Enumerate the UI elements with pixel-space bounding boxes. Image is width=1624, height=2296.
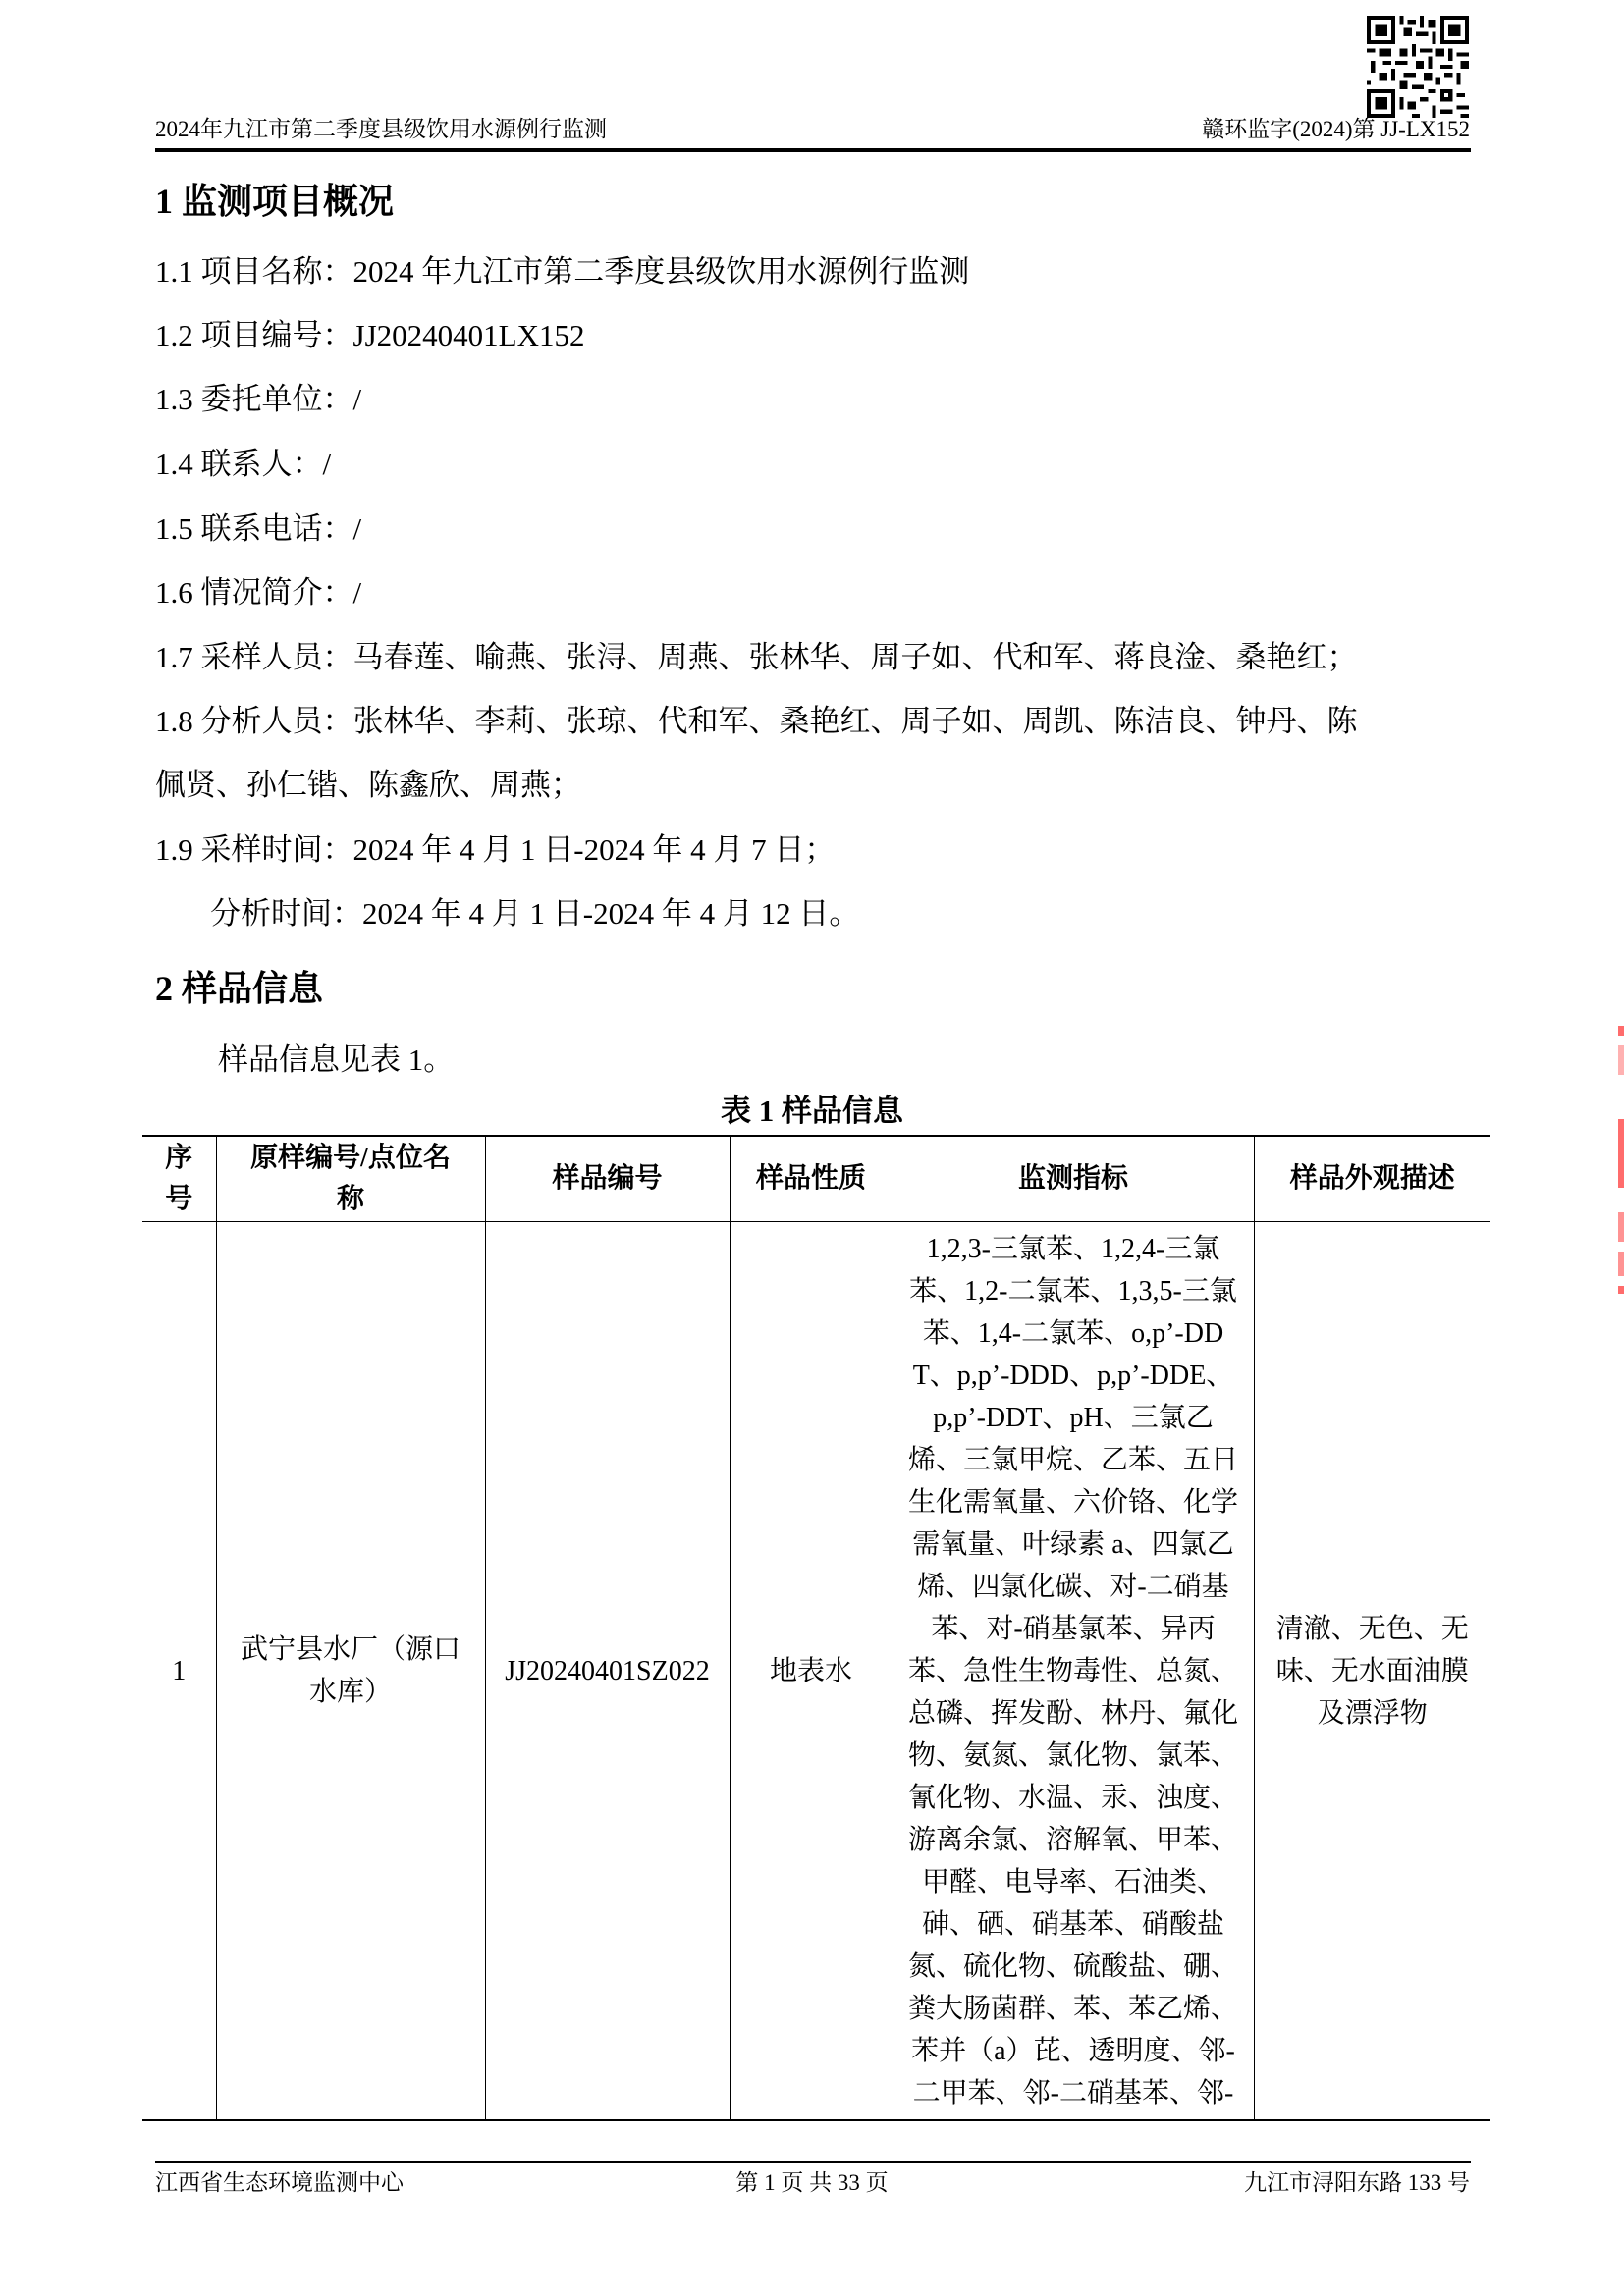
- item-sampling-time: 1.9 采样时间：2024 年 4 月 1 日-2024 年 4 月 7 日；: [155, 830, 835, 870]
- item-value: 张林华、李莉、张琼、代和军、桑艳红、周子如、周凯、陈洁良、钟丹、陈: [353, 704, 1358, 738]
- column-header-sample-type: 样品性质: [730, 1136, 893, 1222]
- item-value: 2024 年 4 月 1 日-2024 年 4 月 7 日；: [353, 832, 836, 867]
- cell-index: 1: [142, 1222, 216, 2121]
- item-value: 马春莲、喻燕、张浔、周燕、张林华、周子如、代和军、蒋良淦、桑艳红；: [353, 640, 1358, 674]
- item-analysts-continued: 佩贤、孙仁锴、陈鑫欣、周燕；: [155, 766, 581, 805]
- item-label: 1.2 项目编号：: [155, 318, 353, 352]
- item-value: /: [353, 382, 362, 416]
- item-label: 1.7 采样人员：: [155, 640, 353, 674]
- item-samplers: 1.7 采样人员：马春莲、喻燕、张浔、周燕、张林华、周子如、代和军、蒋良淦、桑艳…: [155, 638, 1358, 677]
- item-analysis-time: 分析时间：2024 年 4 月 1 日-2024 年 4 月 12 日。: [210, 894, 859, 934]
- item-project-name: 1.1 项目名称：2024 年九江市第二季度县级饮用水源例行监测: [155, 252, 969, 292]
- item-analysts: 1.8 分析人员：张林华、李莉、张琼、代和军、桑艳红、周子如、周凯、陈洁良、钟丹…: [155, 702, 1358, 741]
- item-value: 2024 年 4 月 1 日-2024 年 4 月 12 日。: [362, 896, 859, 931]
- cell-indicators: 1,2,3-三氯苯、1,2,4-三氯苯、1,2-二氯苯、1,3,5-三氯苯、1,…: [893, 1222, 1254, 2121]
- column-header-appearance: 样品外观描述: [1254, 1136, 1490, 1222]
- item-label: 1.4 联系人：: [155, 447, 323, 481]
- cell-sample-id: JJ20240401SZ022: [485, 1222, 730, 2121]
- table-caption: 表 1 样品信息: [0, 1092, 1624, 1131]
- footer-address: 九江市浔阳东路 133 号: [1244, 2169, 1470, 2197]
- item-label: 1.3 委托单位：: [155, 382, 353, 416]
- table-row: 1 武宁县水厂（源口水库） JJ20240401SZ022 地表水 1,2,3-…: [142, 1222, 1490, 2121]
- column-header-sample-id: 样品编号: [485, 1136, 730, 1222]
- item-value: 佩贤、孙仁锴、陈鑫欣、周燕；: [155, 768, 581, 802]
- column-header-site: 原样编号/点位名称: [216, 1136, 485, 1222]
- item-label: 1.9 采样时间：: [155, 832, 353, 867]
- item-value: /: [353, 575, 362, 610]
- item-project-number: 1.2 项目编号：JJ20240401LX152: [155, 316, 584, 355]
- cell-site: 武宁县水厂（源口水库）: [216, 1222, 485, 2121]
- header-divider: [155, 148, 1471, 152]
- section2-intro: 样品信息见表 1。: [218, 1041, 454, 1080]
- table-header-row: 序号 原样编号/点位名称 样品编号 样品性质 监测指标 样品外观描述: [142, 1136, 1490, 1222]
- report-number: 赣环监字(2024)第 JJ-LX152: [1202, 116, 1470, 143]
- item-label: 1.1 项目名称：: [155, 254, 353, 289]
- qr-code-icon: [1367, 16, 1469, 118]
- item-value: /: [353, 511, 362, 546]
- item-contact: 1.4 联系人：/: [155, 445, 331, 484]
- sample-info-table: 序号 原样编号/点位名称 样品编号 样品性质 监测指标 样品外观描述 1 武宁县…: [142, 1135, 1490, 2121]
- column-header-index: 序号: [142, 1136, 216, 1222]
- cell-sample-type: 地表水: [730, 1222, 893, 2121]
- item-value: 2024 年九江市第二季度县级饮用水源例行监测: [353, 254, 970, 289]
- item-label: 1.5 联系电话：: [155, 511, 353, 546]
- section1-heading: 1 监测项目概况: [155, 180, 394, 223]
- section2-heading: 2 样品信息: [155, 967, 323, 1010]
- item-phone: 1.5 联系电话：/: [155, 509, 361, 549]
- item-client: 1.3 委托单位：/: [155, 380, 361, 419]
- item-label: 1.6 情况简介：: [155, 575, 353, 610]
- seal-stamp-icon: [1618, 1001, 1624, 1296]
- cell-appearance: 清澈、无色、无味、无水面油膜及漂浮物: [1254, 1222, 1490, 2121]
- item-label: 1.8 分析人员：: [155, 704, 353, 738]
- column-header-indicators: 监测指标: [893, 1136, 1254, 1222]
- item-value: JJ20240401LX152: [353, 318, 585, 352]
- header-title: 2024年九江市第二季度县级饮用水源例行监测: [155, 116, 607, 143]
- item-value: /: [323, 447, 332, 481]
- item-label: 分析时间：: [210, 896, 362, 931]
- item-summary: 1.6 情况简介：/: [155, 573, 361, 613]
- footer-divider: [155, 2161, 1471, 2163]
